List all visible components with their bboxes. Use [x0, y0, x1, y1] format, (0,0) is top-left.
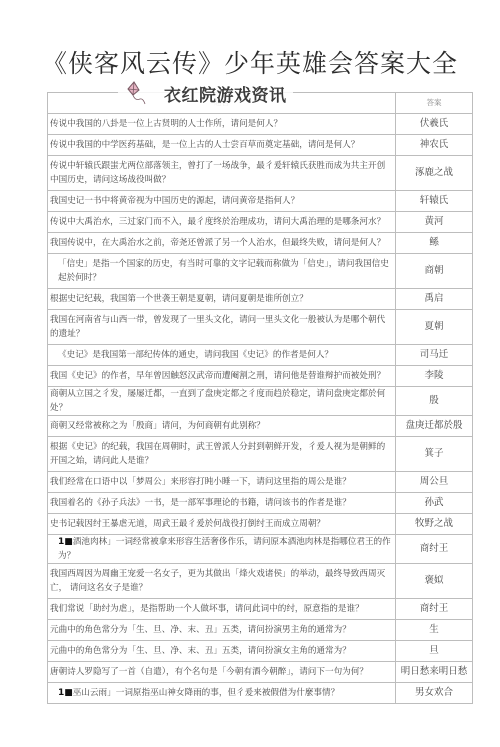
table-row: 传说中我国的八卦是一位上古贤明的人士作所，请问是何人？伏羲氏: [48, 114, 473, 135]
answer-cell: 禹启: [396, 289, 473, 310]
table-row: 「信史」是指一个国家的历史，有当时可靠的文字记载而称做为「信史」，请问我国信史起…: [48, 254, 473, 289]
answer-cell: 男女欢合: [396, 683, 473, 704]
question-cell: 1■巫山云雨」一词原指巫山神女降雨的事，但彳爰来被假借为什麼事情？: [48, 683, 396, 704]
answer-cell: 伏羲氏: [396, 114, 473, 135]
question-cell: 商朝从立国之彳发，屡屡迁都，一直到了盘庚定都之彳度而趋於稳定，请问盘庚定都於何处…: [48, 387, 396, 416]
table-row: 《史记》是我国第一部纪传体的通史，请问我国《史记》的作者是何人？司马迁: [48, 345, 473, 366]
table-row: 传说中轩辕氏跟蚩尤两位部落领主，曾打了一场战争，最彳爰轩辕氏获胜而成为共主开创中…: [48, 156, 473, 191]
question-text: 我国着名的《孙子兵法》一书，是一部军事理论的书籍，请问该书的作者是谁？: [50, 498, 351, 508]
question-text: 传说中大禹治水，三过家门而不入，最彳度终於治理成功，请问大禹治理的是哪条河水？: [50, 217, 385, 227]
question-text: 元曲中的角色常分为「生、旦、净、末、丑」五类，请问扮演男主角的通常为？: [50, 625, 351, 635]
table-row: 我国传说中，在大禹治水之前，帝尧还曾派了另一个人治水，但最终失败，请问是何人？鲧: [48, 233, 473, 254]
page-title: 《侠客风云传》少年英雄会答案大全: [0, 44, 500, 80]
question-cell: 根据史记纪载，我国第一个世袭王朝是夏朝，请问夏朝是谁所创立？: [48, 289, 396, 310]
answer-cell: 神农氏: [396, 135, 473, 156]
question-cell: 1■酒池肉林」一词经常被拿来形容生活奢侈作乐，请问原本酒池肉林是指哪位君王的作为…: [48, 535, 396, 564]
question-text: 元曲中的角色常分为「生、旦、净、末、丑」五类，请问扮演女主角的通常为？: [50, 646, 351, 656]
question-text: 商朝又经常被称之为「殷商」请问，为何商朝有此别称？: [50, 421, 265, 431]
question-text: 《史记》是我国第一部纪传体的通史，请问我国《史记》的作者是何人？: [58, 350, 333, 360]
bullet-mark: 1■: [58, 688, 73, 698]
table-row: 我国着名的《孙子兵法》一书，是一部军事理论的书籍，请问该书的作者是谁？孙武: [48, 493, 473, 514]
question-cell: 「信史」是指一个国家的历史，有当时可靠的文字记载而称做为「信史」，请问我国信史起…: [48, 254, 396, 289]
table-row: 传说中大禹治水，三过家门而不入，最彳度终於治理成功，请问大禹治理的是哪条河水？黄…: [48, 212, 473, 233]
answer-cell: 商朝: [396, 254, 473, 289]
watermark-text: 衣红院游戏资讯: [164, 81, 287, 106]
table-row: 唐朝诗人罗隐写了一首（自遣），有个名句是「今朝有酒今朝醉」，请问下一句为何？明日…: [48, 662, 473, 683]
kite-icon: [124, 80, 150, 106]
answer-cell: 明日愁来明日愁: [396, 662, 473, 683]
watermark: 衣红院游戏资讯: [118, 80, 293, 106]
answer-cell: 司马迁: [396, 345, 473, 366]
answer-cell: 李陵: [396, 366, 473, 387]
table-row: 史书记载因纣王暴虐无道，周武王最彳爰於何战役打倒纣王而成立周朝？牧野之战: [48, 514, 473, 535]
header-answer: 答案: [396, 93, 473, 114]
question-text: 商朝从立国之彳发，屡屡迁都，一直到了盘庚定都之彳度而趋於稳定，请问盘庚定都於何处…: [50, 389, 385, 413]
question-text: 根据史记纪载，我国第一个世袭王朝是夏朝，请问夏朝是谁所创立？: [50, 294, 308, 304]
answer-cell: 夏朝: [396, 310, 473, 345]
question-text: 史书记载因纣王暴虐无道，周武王最彳爰於何战役打倒纣王而成立周朝？: [50, 519, 325, 529]
answer-cell: 孙武: [396, 493, 473, 514]
answer-cell: 商纣王: [396, 599, 473, 620]
answer-cell: 轩辕氏: [396, 191, 473, 212]
question-cell: 传说中轩辕氏跟蚩尤两位部落领主，曾打了一场战争，最彳爰轩辕氏获胜而成为共主开创中…: [48, 156, 396, 191]
answer-cell: 涿鹿之战: [396, 156, 473, 191]
table-row: 我国西周因为周幽王宠爱一名女子，更为其做出「烽火戏诸侯」的举动，最终导致西周灭亡…: [48, 564, 473, 599]
question-cell: 传说中大禹治水，三过家门而不入，最彳度终於治理成功，请问大禹治理的是哪条河水？: [48, 212, 396, 233]
answer-cell: 牧野之战: [396, 514, 473, 535]
answer-cell: 黄河: [396, 212, 473, 233]
question-cell: 传说中我国的中学医药基础，是一位上古的人士尝百草而奠定基础，请问是何人？: [48, 135, 396, 156]
table-row: 元曲中的角色常分为「生、旦、净、末、丑」五类，请问扮演女主角的通常为？旦: [48, 641, 473, 662]
question-text: 传说中我国的八卦是一位上古贤明的人士作所，请问是何人？: [50, 119, 282, 129]
table-row: 我们经常在口语中以「梦周公」来形容打盹小睡一下，请问这里指的周公是谁？周公旦: [48, 472, 473, 493]
question-cell: 传说中我国的八卦是一位上古贤明的人士作所，请问是何人？: [48, 114, 396, 135]
table-row: 根据史记纪载，我国第一个世袭王朝是夏朝，请问夏朝是谁所创立？禹启: [48, 289, 473, 310]
answer-cell: 箕子: [396, 437, 473, 472]
table-row: 1■酒池肉林」一词经常被拿来形容生活奢侈作乐，请问原本酒池肉林是指哪位君王的作为…: [48, 535, 473, 564]
question-cell: 根据《史记》的纪载，我国在周朝时，武王曾派人分封到朝鲜开发，彳爰人视为是朝鲜的开…: [48, 437, 396, 472]
question-text: 传说中我国的中学医药基础，是一位上古的人士尝百草而奠定基础，请问是何人？: [50, 140, 359, 150]
question-text: 传说中轩辕氏跟蚩尤两位部落领主，曾打了一场战争，最彳爰轩辕氏获胜而成为共主开创中…: [50, 161, 385, 185]
question-cell: 我国传说中，在大禹治水之前，帝尧还曾派了另一个人治水，但最终失败，请问是何人？: [48, 233, 396, 254]
bullet-mark: 1■: [58, 537, 73, 547]
question-text: 唐朝诗人罗隐写了一首（自遣），有个名句是「今朝有酒今朝醉」，请问下一句为何？: [50, 667, 368, 677]
question-cell: 史书记载因纣王暴虐无道，周武王最彳爰於何战役打倒纣王而成立周朝？: [48, 514, 396, 535]
table-row: 1■巫山云雨」一词原指巫山神女降雨的事，但彳爰来被假借为什麼事情？男女欢合: [48, 683, 473, 704]
question-text: 「信史」是指一个国家的历史，有当时可靠的文字记载而称做为「信史」，请问我国信史起…: [58, 259, 389, 283]
table-row: 商朝又经常被称之为「殷商」请问，为何商朝有此别称？盘庚迁都於殷: [48, 416, 473, 437]
table-row: 根据《史记》的纪载，我国在周朝时，武王曾派人分封到朝鲜开发，彳爰人视为是朝鲜的开…: [48, 437, 473, 472]
question-cell: 我国着名的《孙子兵法》一书，是一部军事理论的书籍，请问该书的作者是谁？: [48, 493, 396, 514]
table-row: 我国在河南省与山西一带，曾发现了一里头文化，请问一里头文化一般被认为是哪个朝代的…: [48, 310, 473, 345]
question-cell: 我国在河南省与山西一带，曾发现了一里头文化，请问一里头文化一般被认为是哪个朝代的…: [48, 310, 396, 345]
answer-cell: 生: [396, 620, 473, 641]
question-cell: 唐朝诗人罗隐写了一首（自遣），有个名句是「今朝有酒今朝醉」，请问下一句为何？: [48, 662, 396, 683]
question-text: 我们常说「助纣为虐」，是指帮助一个人做坏事，请问此词中的纣，原意指的是谁？: [50, 604, 364, 614]
question-text: 根据《史记》的纪载，我国在周朝时，武王曾派人分封到朝鲜开发，彳爰人视为是朝鲜的开…: [50, 442, 385, 466]
question-text: 巫山云雨」一词原指巫山神女降雨的事，但彳爰来被假借为什麼事情？: [73, 688, 339, 698]
question-cell: 我们常说「助纣为虐」，是指帮助一个人做坏事，请问此词中的纣，原意指的是谁？: [48, 599, 396, 620]
table-row: 我们常说「助纣为虐」，是指帮助一个人做坏事，请问此词中的纣，原意指的是谁？商纣王: [48, 599, 473, 620]
table-row: 传说中我国的中学医药基础，是一位上古的人士尝百草而奠定基础，请问是何人？神农氏: [48, 135, 473, 156]
question-cell: 《史记》是我国第一部纪传体的通史，请问我国《史记》的作者是何人？: [48, 345, 396, 366]
question-cell: 元曲中的角色常分为「生、旦、净、末、丑」五类，请问扮演女主角的通常为？: [48, 641, 396, 662]
table-body: 传说中我国的八卦是一位上古贤明的人士作所，请问是何人？伏羲氏传说中我国的中学医药…: [48, 114, 473, 704]
question-text: 酒池肉林」一词经常被拿来形容生活奢侈作乐，请问原本酒池肉林是指哪位君王的作为？: [58, 537, 391, 561]
question-text: 我国传说中，在大禹治水之前，帝尧还曾派了另一个人治水，但最终失败，请问是何人？: [50, 238, 385, 248]
table-row: 商朝从立国之彳发，屡屡迁都，一直到了盘庚定都之彳度而趋於稳定，请问盘庚定都於何处…: [48, 387, 473, 416]
answer-cell: 盘庚迁都於殷: [396, 416, 473, 437]
table-row: 我国史记一书中将黄帝视为中国历史的源起，请问黄帝是指何人？轩辕氏: [48, 191, 473, 212]
table-row: 我国《史记》的作者，早年曾因触怒汉武帝而遭阉割之刑，请问他是替谁辩护而被处刑？李…: [48, 366, 473, 387]
question-text: 我国史记一书中将黄帝视为中国历史的源起，请问黄帝是指何人？: [50, 196, 299, 206]
question-cell: 我国史记一书中将黄帝视为中国历史的源起，请问黄帝是指何人？: [48, 191, 396, 212]
question-text: 我们经常在口语中以「梦周公」来形容打盹小睡一下，请问这里指的周公是谁？: [50, 477, 351, 487]
question-cell: 商朝又经常被称之为「殷商」请问，为何商朝有此别称？: [48, 416, 396, 437]
question-cell: 我国《史记》的作者，早年曾因触怒汉武帝而遭阉割之刑，请问他是替谁辩护而被处刑？: [48, 366, 396, 387]
question-text: 我国西周因为周幽王宠爱一名女子，更为其做出「烽火戏诸侯」的举动，最终导致西周灭亡…: [50, 569, 385, 593]
answer-cell: 褒姒: [396, 564, 473, 599]
table-row: 元曲中的角色常分为「生、旦、净、末、丑」五类，请问扮演男主角的通常为？生: [48, 620, 473, 641]
answer-cell: 旦: [396, 641, 473, 662]
answer-cell: 商纣王: [396, 535, 473, 564]
question-cell: 我国西周因为周幽王宠爱一名女子，更为其做出「烽火戏诸侯」的举动，最终导致西周灭亡…: [48, 564, 396, 599]
question-cell: 我们经常在口语中以「梦周公」来形容打盹小睡一下，请问这里指的周公是谁？: [48, 472, 396, 493]
answer-cell: 殷: [396, 387, 473, 416]
qa-table: 题目 答案 传说中我国的八卦是一位上古贤明的人士作所，请问是何人？伏羲氏传说中我…: [47, 92, 473, 704]
answer-cell: 鲧: [396, 233, 473, 254]
question-cell: 元曲中的角色常分为「生、旦、净、末、丑」五类，请问扮演男主角的通常为？: [48, 620, 396, 641]
question-text: 我国在河南省与山西一带，曾发现了一里头文化，请问一里头文化一般被认为是哪个朝代的…: [50, 315, 385, 339]
question-text: 我国《史记》的作者，早年曾因触怒汉武帝而遭阉割之刑，请问他是替谁辩护而被处刑？: [50, 371, 385, 381]
answer-cell: 周公旦: [396, 472, 473, 493]
